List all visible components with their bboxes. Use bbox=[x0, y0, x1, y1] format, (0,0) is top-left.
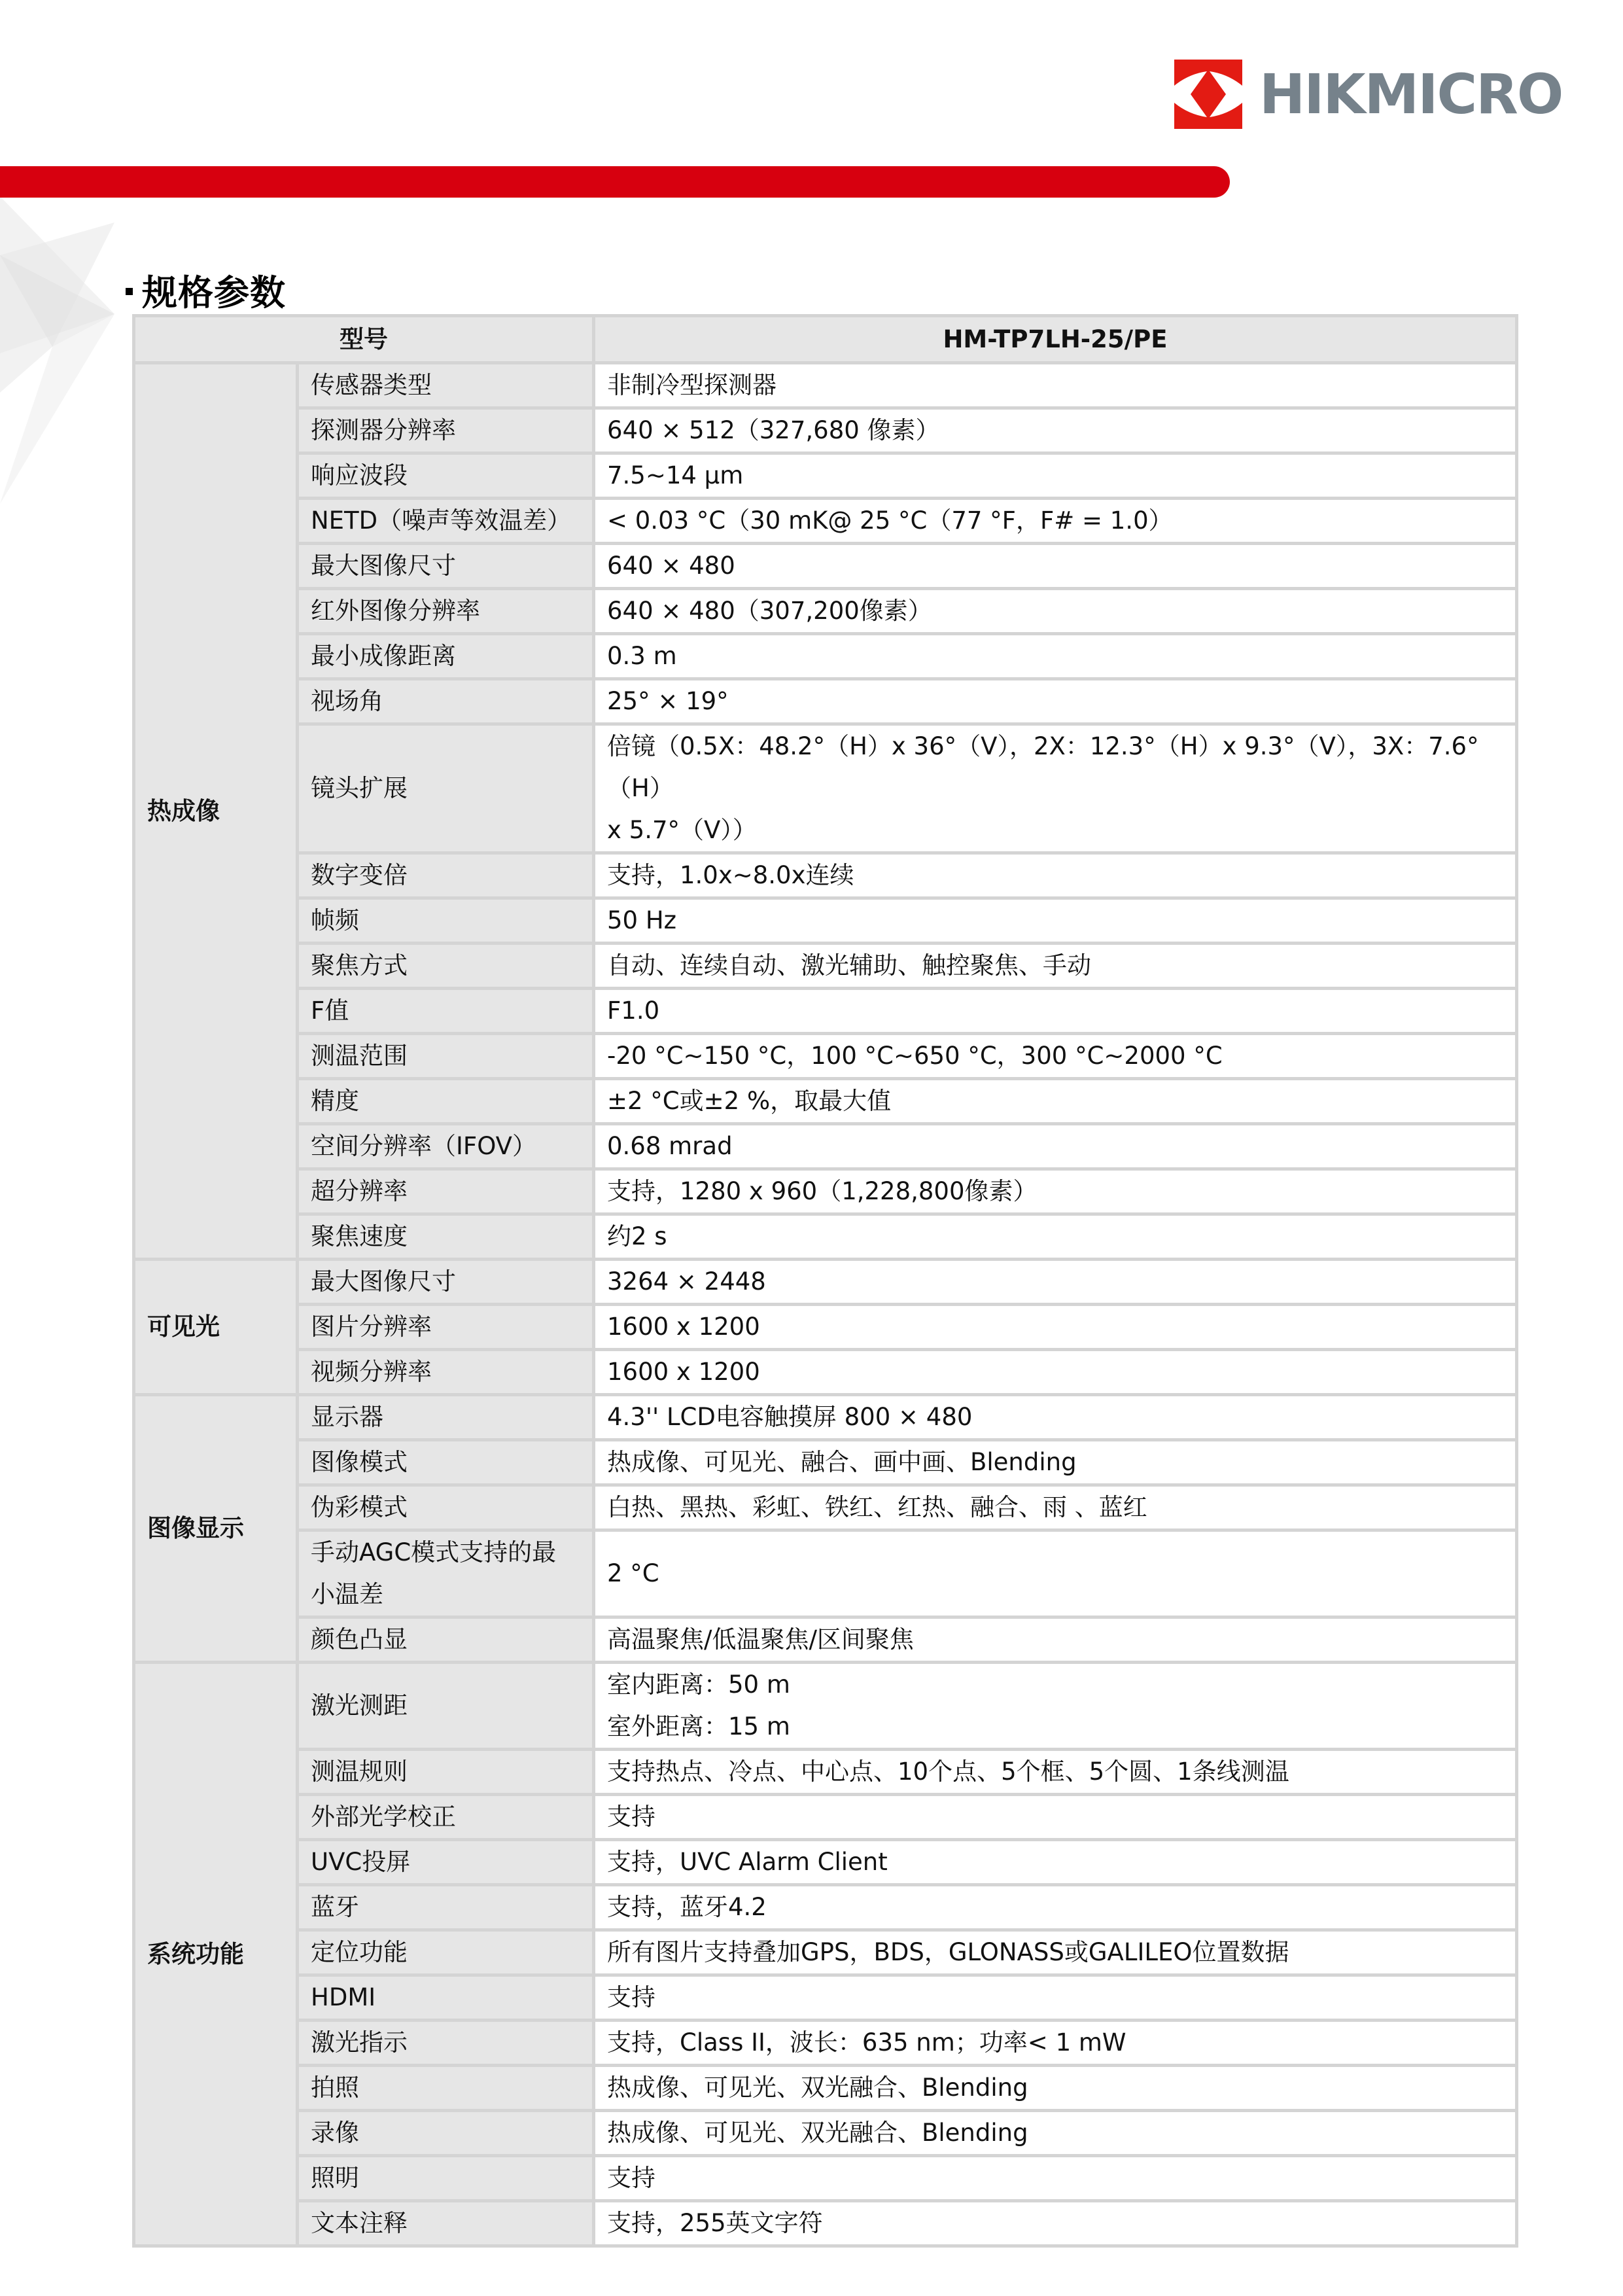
spec-key: NETD（噪声等效温差） bbox=[298, 499, 594, 544]
spec-value: 支持 bbox=[594, 1975, 1517, 2021]
spec-key: 镜头扩展 bbox=[298, 724, 594, 853]
spec-value-line: 3264 × 2448 bbox=[607, 1261, 1503, 1303]
spec-value-line: 支持，UVC Alarm Client bbox=[607, 1841, 1503, 1883]
table-row: 图像模式热成像、可见光、融合、画中画、Blending bbox=[134, 1440, 1517, 1485]
spec-value-line: x 5.7°（V）） bbox=[607, 809, 1503, 851]
spec-key: 精度 bbox=[298, 1079, 594, 1124]
spec-value: 支持，UVC Alarm Client bbox=[594, 1840, 1517, 1885]
spec-key: 聚焦速度 bbox=[298, 1214, 594, 1260]
table-row: 颜色凸显高温聚焦/低温聚焦/区间聚焦 bbox=[134, 1617, 1517, 1663]
table-row: 镜头扩展倍镜（0.5X：48.2°（H）x 36°（V），2X：12.3°（H）… bbox=[134, 724, 1517, 853]
table-row: 外部光学校正支持 bbox=[134, 1795, 1517, 1840]
spec-key: 响应波段 bbox=[298, 453, 594, 499]
spec-value-line: 所有图片支持叠加GPS，BDS，GLONASS或GALILEO位置数据 bbox=[607, 1932, 1503, 1973]
spec-value-line: 支持，255英文字符 bbox=[607, 2202, 1503, 2244]
spec-key: 空间分辨率（IFOV） bbox=[298, 1124, 594, 1169]
spec-value: 热成像、可见光、双光融合、Blending bbox=[594, 2111, 1517, 2156]
spec-key: 传感器类型 bbox=[298, 363, 594, 408]
spec-value: 25° × 19° bbox=[594, 679, 1517, 724]
spec-key: 探测器分辨率 bbox=[298, 408, 594, 453]
spec-value: 3264 × 2448 bbox=[594, 1260, 1517, 1305]
spec-value: 所有图片支持叠加GPS，BDS，GLONASS或GALILEO位置数据 bbox=[594, 1930, 1517, 1975]
spec-value: 支持，1280 x 960（1,228,800像素） bbox=[594, 1169, 1517, 1214]
spec-value: ±2 °C或±2 %，取最大值 bbox=[594, 1079, 1517, 1124]
category-cell: 热成像 bbox=[134, 363, 298, 1260]
spec-key: 录像 bbox=[298, 2111, 594, 2156]
section-heading: 规格参数 bbox=[126, 265, 286, 315]
table-row: 可见光最大图像尺寸3264 × 2448 bbox=[134, 1260, 1517, 1305]
spec-body: 热成像传感器类型非制冷型探测器探测器分辨率640 × 512（327,680 像… bbox=[134, 363, 1517, 2246]
spec-value-line: 热成像、可见光、双光融合、Blending bbox=[607, 2067, 1503, 2109]
spec-key: 照明 bbox=[298, 2156, 594, 2201]
spec-value-line: 支持 bbox=[607, 2157, 1503, 2199]
spec-key: F值 bbox=[298, 989, 594, 1034]
table-row: 激光指示支持，Class II，波长：635 nm；功率< 1 mW bbox=[134, 2021, 1517, 2066]
table-row: 最大图像尺寸640 × 480 bbox=[134, 544, 1517, 589]
table-row: 聚焦速度约2 s bbox=[134, 1214, 1517, 1260]
spec-key: 红外图像分辨率 bbox=[298, 589, 594, 634]
spec-value: 支持，蓝牙4.2 bbox=[594, 1885, 1517, 1930]
spec-value: 白热、黑热、彩虹、铁红、红热、融合、雨 、蓝红 bbox=[594, 1485, 1517, 1530]
spec-key: 定位功能 bbox=[298, 1930, 594, 1975]
spec-value-line: 0.3 m bbox=[607, 635, 1503, 677]
spec-value: 640 × 512（327,680 像素） bbox=[594, 408, 1517, 453]
spec-value: -20 °C~150 °C，100 °C~650 °C，300 °C~2000 … bbox=[594, 1034, 1517, 1079]
spec-key: 文本注释 bbox=[298, 2201, 594, 2246]
spec-value-line: 约2 s bbox=[607, 1216, 1503, 1258]
spec-key: 视场角 bbox=[298, 679, 594, 724]
spec-key: 数字变倍 bbox=[298, 853, 594, 898]
spec-value: 热成像、可见光、双光融合、Blending bbox=[594, 2066, 1517, 2111]
category-cell: 可见光 bbox=[134, 1260, 298, 1395]
spec-value-line: 倍镜（0.5X：48.2°（H）x 36°（V），2X：12.3°（H）x 9.… bbox=[607, 726, 1503, 809]
table-row: 探测器分辨率640 × 512（327,680 像素） bbox=[134, 408, 1517, 453]
spec-value: 支持，Class II，波长：635 nm；功率< 1 mW bbox=[594, 2021, 1517, 2066]
spec-key: 最大图像尺寸 bbox=[298, 1260, 594, 1305]
spec-key: HDMI bbox=[298, 1975, 594, 2021]
hikmicro-logo: HIKMICRO bbox=[1174, 59, 1562, 130]
table-row: 测温规则支持热点、冷点、中心点、10个点、5个框、5个圆、1条线测温 bbox=[134, 1750, 1517, 1795]
spec-value-line: 白热、黑热、彩虹、铁红、红热、融合、雨 、蓝红 bbox=[607, 1487, 1503, 1528]
brand-name: HIKMICRO bbox=[1259, 67, 1562, 122]
table-row: 录像热成像、可见光、双光融合、Blending bbox=[134, 2111, 1517, 2156]
spec-key: 伪彩模式 bbox=[298, 1485, 594, 1530]
table-row: 最小成像距离0.3 m bbox=[134, 634, 1517, 679]
table-row: 超分辨率支持，1280 x 960（1,228,800像素） bbox=[134, 1169, 1517, 1214]
spec-key: 图像模式 bbox=[298, 1440, 594, 1485]
spec-value: 2 °C bbox=[594, 1530, 1517, 1617]
spec-value: 0.3 m bbox=[594, 634, 1517, 679]
table-row: 热成像传感器类型非制冷型探测器 bbox=[134, 363, 1517, 408]
spec-key: 激光指示 bbox=[298, 2021, 594, 2066]
spec-key: 帧频 bbox=[298, 898, 594, 944]
table-row: 拍照热成像、可见光、双光融合、Blending bbox=[134, 2066, 1517, 2111]
table-header-row: 型号 HM-TP7LH-25/PE bbox=[134, 316, 1517, 363]
spec-value: 支持 bbox=[594, 1795, 1517, 1840]
spec-value: 约2 s bbox=[594, 1214, 1517, 1260]
spec-value-line: 1600 x 1200 bbox=[607, 1351, 1503, 1393]
spec-value-line: 4.3'' LCD电容触摸屏 800 × 480 bbox=[607, 1396, 1503, 1438]
table-row: HDMI支持 bbox=[134, 1975, 1517, 2021]
table-row: 聚焦方式自动、连续自动、激光辅助、触控聚焦、手动 bbox=[134, 944, 1517, 989]
table-row: 数字变倍支持，1.0x~8.0x连续 bbox=[134, 853, 1517, 898]
spec-value: 640 × 480 bbox=[594, 544, 1517, 589]
spec-value: 7.5~14 μm bbox=[594, 453, 1517, 499]
spec-key: 激光测距 bbox=[298, 1663, 594, 1750]
table-row: 响应波段7.5~14 μm bbox=[134, 453, 1517, 499]
spec-key: 显示器 bbox=[298, 1395, 594, 1440]
spec-value-line: 2 °C bbox=[607, 1553, 1503, 1595]
table-row: UVC投屏支持，UVC Alarm Client bbox=[134, 1840, 1517, 1885]
spec-value-line: < 0.03 °C（30 mK@ 25 °C（77 °F，F# = 1.0） bbox=[607, 500, 1503, 542]
table-row: F值F1.0 bbox=[134, 989, 1517, 1034]
spec-value-line: 50 Hz bbox=[607, 900, 1503, 942]
table-row: 图像显示显示器4.3'' LCD电容触摸屏 800 × 480 bbox=[134, 1395, 1517, 1440]
spec-value-line: 25° × 19° bbox=[607, 680, 1503, 722]
spec-key: 测温范围 bbox=[298, 1034, 594, 1079]
spec-value-line: 热成像、可见光、双光融合、Blending bbox=[607, 2112, 1503, 2154]
spec-value-line: 640 × 512（327,680 像素） bbox=[607, 410, 1503, 451]
spec-value: 热成像、可见光、融合、画中画、Blending bbox=[594, 1440, 1517, 1485]
table-row: 系统功能激光测距室内距离：50 m室外距离：15 m bbox=[134, 1663, 1517, 1750]
spec-value-line: 640 × 480 bbox=[607, 545, 1503, 587]
model-label: 型号 bbox=[134, 316, 594, 363]
spec-value: 支持，1.0x~8.0x连续 bbox=[594, 853, 1517, 898]
spec-value: 4.3'' LCD电容触摸屏 800 × 480 bbox=[594, 1395, 1517, 1440]
table-row: 文本注释支持，255英文字符 bbox=[134, 2201, 1517, 2246]
spec-key: 图片分辨率 bbox=[298, 1305, 594, 1350]
spec-value: 高温聚焦/低温聚焦/区间聚焦 bbox=[594, 1617, 1517, 1663]
spec-value: 非制冷型探测器 bbox=[594, 363, 1517, 408]
spec-key: 最小成像距离 bbox=[298, 634, 594, 679]
table-row: 定位功能所有图片支持叠加GPS，BDS，GLONASS或GALILEO位置数据 bbox=[134, 1930, 1517, 1975]
table-row: 视场角25° × 19° bbox=[134, 679, 1517, 724]
spec-key: 测温规则 bbox=[298, 1750, 594, 1795]
spec-key: 颜色凸显 bbox=[298, 1617, 594, 1663]
spec-value-line: 1600 x 1200 bbox=[607, 1306, 1503, 1348]
table-row: 伪彩模式白热、黑热、彩虹、铁红、红热、融合、雨 、蓝红 bbox=[134, 1485, 1517, 1530]
spec-key: 手动AGC模式支持的最小温差 bbox=[298, 1530, 594, 1617]
spec-value: 支持，255英文字符 bbox=[594, 2201, 1517, 2246]
header-accent-bar bbox=[0, 166, 1230, 198]
table-row: 红外图像分辨率640 × 480（307,200像素） bbox=[134, 589, 1517, 634]
spec-value: 支持 bbox=[594, 2156, 1517, 2201]
spec-value-line: 支持，1.0x~8.0x连续 bbox=[607, 855, 1503, 896]
spec-value: 640 × 480（307,200像素） bbox=[594, 589, 1517, 634]
spec-value: 室内距离：50 m室外距离：15 m bbox=[594, 1663, 1517, 1750]
spec-key: 拍照 bbox=[298, 2066, 594, 2111]
spec-value-line: 0.68 mrad bbox=[607, 1125, 1503, 1167]
category-cell: 图像显示 bbox=[134, 1395, 298, 1663]
table-row: 帧频50 Hz bbox=[134, 898, 1517, 944]
spec-value-line: 热成像、可见光、融合、画中画、Blending bbox=[607, 1441, 1503, 1483]
spec-value: 1600 x 1200 bbox=[594, 1305, 1517, 1350]
model-number: HM-TP7LH-25/PE bbox=[594, 316, 1517, 363]
spec-value-line: 支持，1280 x 960（1,228,800像素） bbox=[607, 1171, 1503, 1212]
section-title: 规格参数 bbox=[142, 265, 286, 315]
spec-value-line: 支持，蓝牙4.2 bbox=[607, 1886, 1503, 1928]
spec-key: 聚焦方式 bbox=[298, 944, 594, 989]
spec-value: 50 Hz bbox=[594, 898, 1517, 944]
spec-key: 蓝牙 bbox=[298, 1885, 594, 1930]
spec-value-line: 室外距离：15 m bbox=[607, 1706, 1503, 1748]
table-row: 照明支持 bbox=[134, 2156, 1517, 2201]
decorative-facets bbox=[0, 196, 118, 523]
spec-value-line: 7.5~14 μm bbox=[607, 455, 1503, 497]
spec-value-line: 640 × 480（307,200像素） bbox=[607, 590, 1503, 632]
spec-value-line: 支持，Class II，波长：635 nm；功率< 1 mW bbox=[607, 2022, 1503, 2064]
spec-value-line: 室内距离：50 m bbox=[607, 1664, 1503, 1706]
spec-key: 超分辨率 bbox=[298, 1169, 594, 1214]
spec-key: 外部光学校正 bbox=[298, 1795, 594, 1840]
spec-value-line: 自动、连续自动、激光辅助、触控聚焦、手动 bbox=[607, 945, 1503, 987]
spec-key: 最大图像尺寸 bbox=[298, 544, 594, 589]
spec-value: F1.0 bbox=[594, 989, 1517, 1034]
spec-value: 0.68 mrad bbox=[594, 1124, 1517, 1169]
spec-value-line: 支持 bbox=[607, 1977, 1503, 2019]
spec-key: UVC投屏 bbox=[298, 1840, 594, 1885]
spec-value-line: 支持热点、冷点、中心点、10个点、5个框、5个圆、1条线测温 bbox=[607, 1751, 1503, 1793]
spec-table: 型号 HM-TP7LH-25/PE 热成像传感器类型非制冷型探测器探测器分辨率6… bbox=[132, 314, 1518, 2248]
spec-value: 自动、连续自动、激光辅助、触控聚焦、手动 bbox=[594, 944, 1517, 989]
eye-logo-icon bbox=[1174, 60, 1242, 129]
category-cell: 系统功能 bbox=[134, 1663, 298, 2246]
table-row: 手动AGC模式支持的最小温差2 °C bbox=[134, 1530, 1517, 1617]
table-row: 测温范围-20 °C~150 °C，100 °C~650 °C，300 °C~2… bbox=[134, 1034, 1517, 1079]
spec-value-line: ±2 °C或±2 %，取最大值 bbox=[607, 1080, 1503, 1122]
spec-key: 视频分辨率 bbox=[298, 1350, 594, 1395]
spec-value: 支持热点、冷点、中心点、10个点、5个框、5个圆、1条线测温 bbox=[594, 1750, 1517, 1795]
spec-value-line: 支持 bbox=[607, 1796, 1503, 1838]
spec-value-line: 高温聚焦/低温聚焦/区间聚焦 bbox=[607, 1619, 1503, 1661]
table-row: NETD（噪声等效温差）< 0.03 °C（30 mK@ 25 °C（77 °F… bbox=[134, 499, 1517, 544]
spec-value: 倍镜（0.5X：48.2°（H）x 36°（V），2X：12.3°（H）x 9.… bbox=[594, 724, 1517, 853]
spec-value: 1600 x 1200 bbox=[594, 1350, 1517, 1395]
spec-value-line: -20 °C~150 °C，100 °C~650 °C，300 °C~2000 … bbox=[607, 1035, 1503, 1077]
table-row: 精度±2 °C或±2 %，取最大值 bbox=[134, 1079, 1517, 1124]
table-row: 图片分辨率1600 x 1200 bbox=[134, 1305, 1517, 1350]
table-row: 空间分辨率（IFOV）0.68 mrad bbox=[134, 1124, 1517, 1169]
table-row: 蓝牙支持，蓝牙4.2 bbox=[134, 1885, 1517, 1930]
table-row: 视频分辨率1600 x 1200 bbox=[134, 1350, 1517, 1395]
spec-value-line: 非制冷型探测器 bbox=[607, 364, 1503, 406]
spec-value: < 0.03 °C（30 mK@ 25 °C（77 °F，F# = 1.0） bbox=[594, 499, 1517, 544]
square-bullet-icon bbox=[126, 288, 133, 295]
spec-value-line: F1.0 bbox=[607, 990, 1503, 1032]
